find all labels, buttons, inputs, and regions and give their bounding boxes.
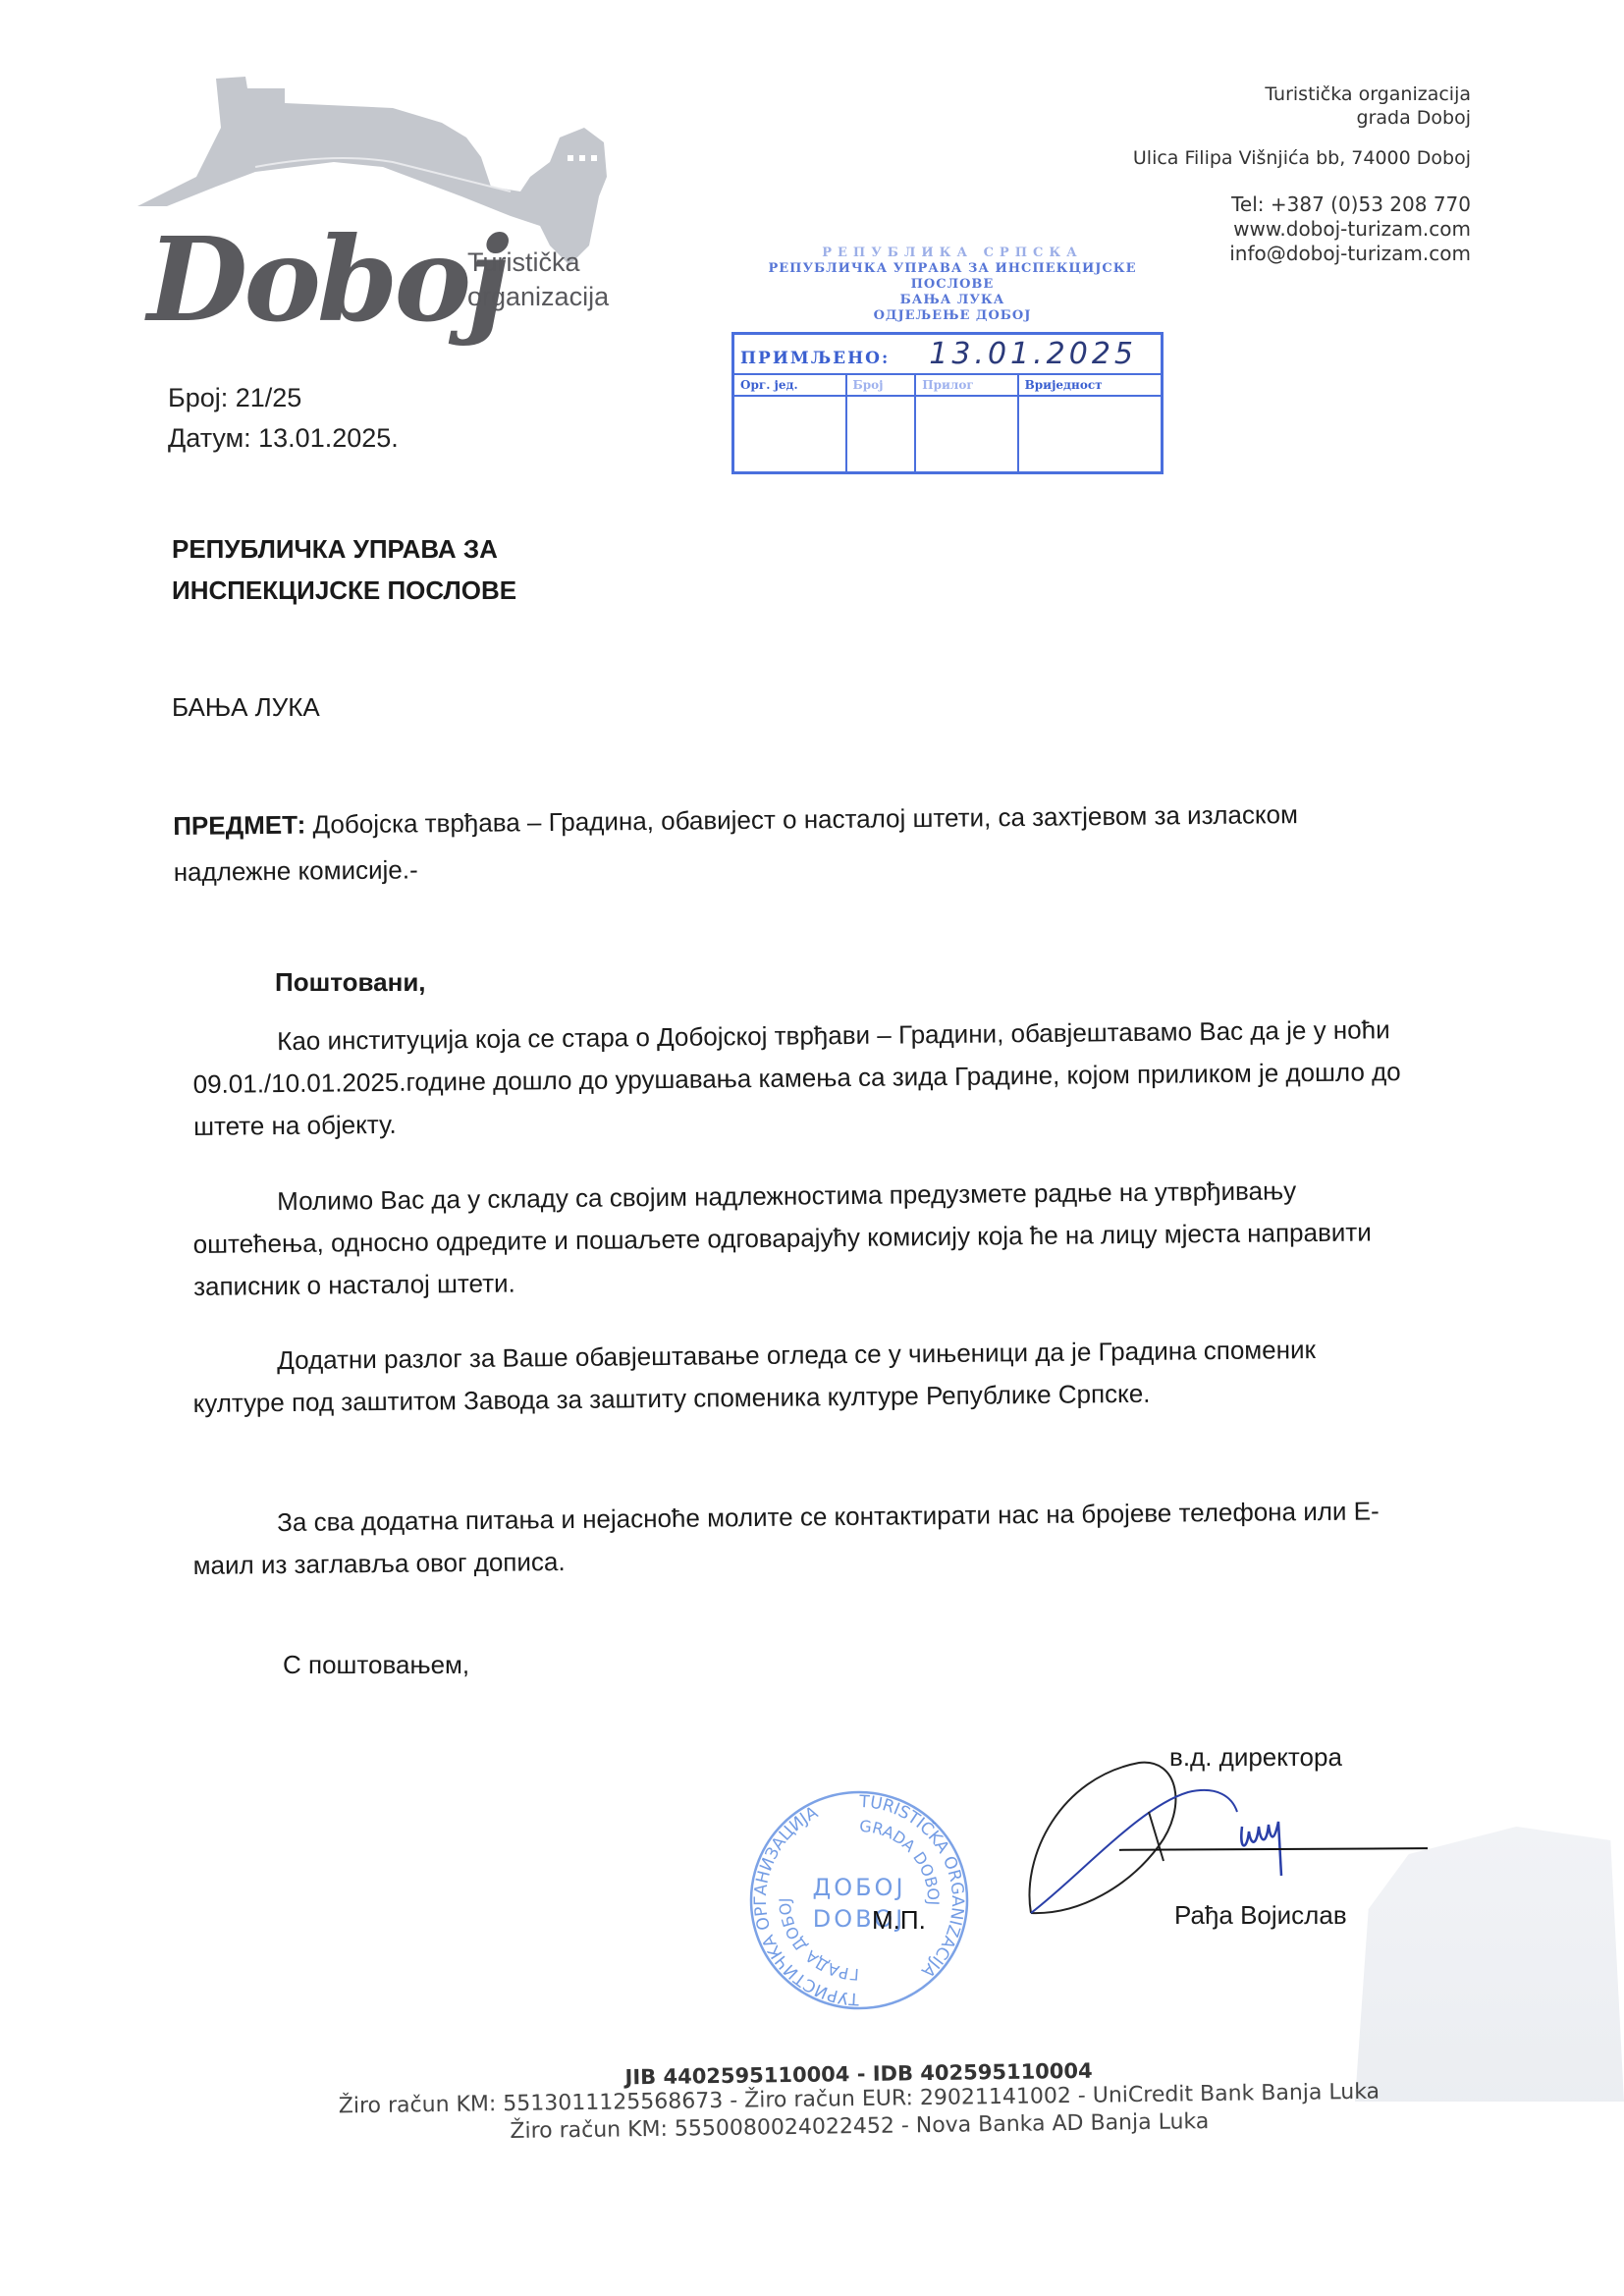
footer: JIB 4402595110004 - IDB 402595110004 Žir… <box>245 2053 1474 2149</box>
reference-number: Број: 21/25 <box>168 378 399 418</box>
reference-date: Датум: 13.01.2025. <box>168 418 399 459</box>
org-website[interactable]: www.doboj-turizam.com <box>1133 217 1471 242</box>
org-phone: Tel: +387 (0)53 208 770 <box>1133 192 1471 217</box>
body-paragraph: За сва додатна питања и нејасноће молите… <box>192 1490 1411 1587</box>
org-email[interactable]: info@doboj-turizam.com <box>1133 242 1471 266</box>
recipient-city: БАЊА ЛУКА <box>172 692 320 723</box>
subject-text: Добојска тврђава – Градина, обавијест о … <box>174 799 1298 887</box>
body-paragraph: Као институција која се стара о Добојско… <box>192 1009 1411 1148</box>
handwritten-date: 13.01.2025 <box>929 337 1137 371</box>
body-paragraph: Молимо Вас да у складу са својим надлежн… <box>192 1169 1411 1308</box>
svg-text:ДОБОЈ: ДОБОЈ <box>812 1874 905 1901</box>
seal-placeholder-mp: М.П. <box>872 1905 926 1936</box>
org-name-line2: grada Doboj <box>1133 106 1471 130</box>
signatory-name: Рађа Војислав <box>1174 1900 1347 1931</box>
org-name-line1: Turistička organizacija <box>1133 82 1471 106</box>
subject-line: ПРЕДМЕТ: Добојска тврђава – Градина, оба… <box>173 791 1381 896</box>
greeting: Поштовани, <box>275 967 426 998</box>
body-paragraph: Додатни разлог за Ваше обавјештавање огл… <box>192 1328 1411 1425</box>
organization-seal-icon: ТУРИСТИЧКА ОРГАНИЗАЦИЈА TURISTIČKA ORGAN… <box>746 1787 972 2013</box>
subject-label: ПРЕДМЕТ: <box>173 810 305 841</box>
stamp-table: ПРИМЉЕНО:13.01.2025 Орг. јед. Број Прило… <box>731 332 1164 474</box>
closing: С поштовањем, <box>283 1650 469 1680</box>
recipient: РЕПУБЛИЧКА УПРАВА ЗА ИНСПЕКЦИЈСКЕ ПОСЛОВ… <box>172 528 516 611</box>
letterhead-contact: Turistička organizacija grada Doboj Ulic… <box>1133 82 1471 266</box>
signatory-title: в.д. директора <box>1169 1742 1342 1773</box>
logo-subtitle: Turistička organizacija <box>467 246 609 314</box>
logo: Doboj Turistička organizacija <box>137 69 648 363</box>
received-stamp: РЕПУБЛИКА СРПСКА РЕПУБЛИЧКА УПРАВА ЗА ИН… <box>727 246 1178 481</box>
logo-script-text: Doboj <box>147 211 506 348</box>
org-address: Ulica Filipa Višnjića bb, 74000 Doboj <box>1133 147 1471 169</box>
reference-block: Број: 21/25 Датум: 13.01.2025. <box>168 378 399 459</box>
